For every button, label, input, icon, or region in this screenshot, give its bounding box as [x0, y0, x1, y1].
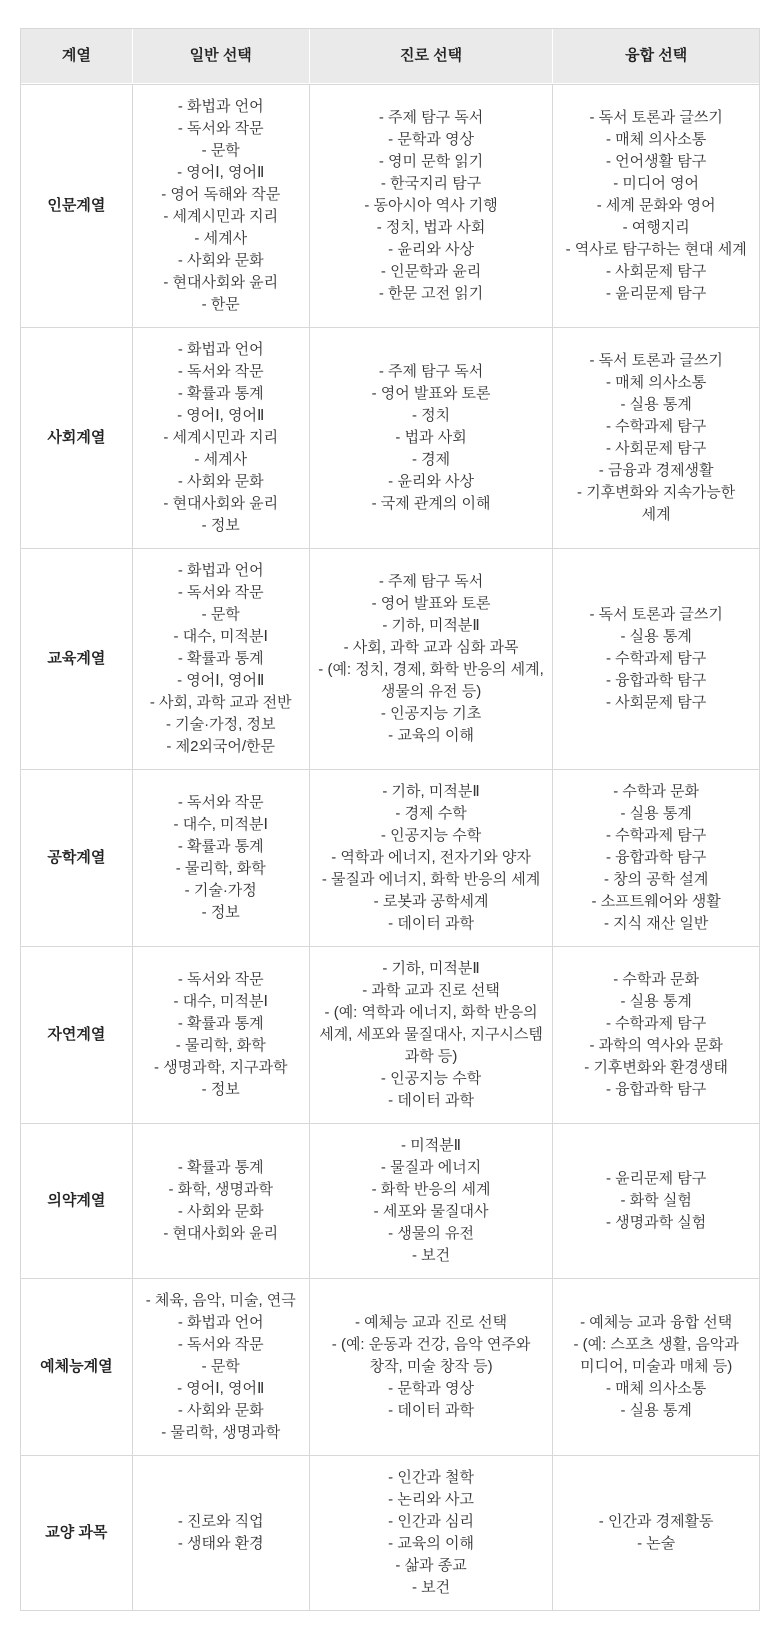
course-item: - 문학: [141, 1356, 301, 1378]
course-item: - 역사로 탐구하는 현대 세계: [561, 239, 751, 261]
course-item: - 동아시아 역사 기행: [318, 195, 545, 217]
course-item: - 윤리와 사상: [318, 471, 545, 493]
course-item: - 과학 교과 진로 선택: [318, 980, 545, 1002]
general-selection-cell: - 독서와 작문- 대수, 미적분Ⅰ- 확률과 통계- 물리학, 화학- 기술·…: [132, 769, 309, 946]
course-item: - 주제 탐구 독서: [318, 571, 545, 593]
course-item: - 영어Ⅰ, 영어Ⅱ: [141, 670, 301, 692]
course-item: - 로봇과 공학세계: [318, 891, 545, 913]
course-item: - 세계시민과 지리: [141, 427, 301, 449]
course-item: - 현대사회와 윤리: [141, 493, 301, 515]
general-selection-cell: - 독서와 작문- 대수, 미적분Ⅰ- 확률과 통계- 물리학, 화학- 생명과…: [132, 946, 309, 1123]
course-item: - 문학과 영상: [318, 1378, 545, 1400]
table-row: 예체능계열- 체육, 음악, 미술, 연극- 화법과 언어- 독서와 작문- 문…: [21, 1278, 759, 1455]
course-item: - 정치, 법과 사회: [318, 217, 545, 239]
course-item: - 데이터 과학: [318, 913, 545, 935]
course-item: - 역학과 에너지, 전자기와 양자: [318, 847, 545, 869]
course-item: - 영미 문학 읽기: [318, 151, 545, 173]
course-item: - 인간과 경제활동: [561, 1511, 751, 1533]
course-item: - 정치: [318, 405, 545, 427]
course-item: - 경제 수학: [318, 803, 545, 825]
career-selection-cell: - 예체능 교과 진로 선택- (예: 운동과 건강, 음악 연주와 창작, 미…: [309, 1278, 553, 1455]
course-item: - 진로와 직업: [141, 1511, 301, 1533]
course-item: - 미적분Ⅱ: [318, 1135, 545, 1157]
course-item: - 물리학, 화학: [141, 858, 301, 880]
track-cell: 예체능계열: [21, 1278, 132, 1455]
course-item: - 논리와 사고: [318, 1489, 545, 1511]
course-item: - 체육, 음악, 미술, 연극: [141, 1290, 301, 1312]
course-item: - 대수, 미적분Ⅰ: [141, 991, 301, 1013]
course-item: - 논술: [561, 1533, 751, 1555]
course-item: - 경제: [318, 449, 545, 471]
course-item: - 윤리문제 탐구: [561, 283, 751, 305]
table-row: 교양 과목- 진로와 직업- 생태와 환경- 인간과 철학- 논리와 사고- 인…: [21, 1455, 759, 1610]
table-row: 인문계열- 화법과 언어- 독서와 작문- 문학- 영어Ⅰ, 영어Ⅱ- 영어 독…: [21, 84, 759, 327]
general-selection-cell: - 화법과 언어- 독서와 작문- 확률과 통계- 영어Ⅰ, 영어Ⅱ- 세계시민…: [132, 327, 309, 548]
course-item: - 융합과학 탐구: [561, 670, 751, 692]
course-item: - 수학과 문화: [561, 969, 751, 991]
course-item: - 교육의 이해: [318, 725, 545, 747]
course-item: - 기후변화와 지속가능한 세계: [561, 482, 751, 526]
course-item: - 기술·가정: [141, 880, 301, 902]
course-item: - 언어생활 탐구: [561, 151, 751, 173]
general-selection-cell: - 진로와 직업- 생태와 환경: [132, 1455, 309, 1610]
course-item: - 실용 통계: [561, 803, 751, 825]
course-item: - 확률과 통계: [141, 1013, 301, 1035]
course-item: - 금융과 경제생활: [561, 460, 751, 482]
course-item: - (예: 정치, 경제, 화학 반응의 세계, 생물의 유전 등): [318, 659, 545, 703]
course-item: - 확률과 통계: [141, 1157, 301, 1179]
course-item: - 물리학, 화학: [141, 1035, 301, 1057]
course-item: - 정보: [141, 1079, 301, 1101]
course-item: - 대수, 미적분Ⅰ: [141, 814, 301, 836]
career-selection-cell: - 주제 탐구 독서- 영어 발표와 토론- 정치- 법과 사회- 경제- 윤리…: [309, 327, 553, 548]
fusion-selection-cell: - 인간과 경제활동- 논술: [552, 1455, 759, 1610]
header-fusion-selection: 융합 선택: [552, 29, 759, 84]
course-item: - 화학 실험: [561, 1190, 751, 1212]
course-item: - 화법과 언어: [141, 339, 301, 361]
course-item: - 독서와 작문: [141, 361, 301, 383]
fusion-selection-cell: - 독서 토론과 글쓰기- 매체 의사소통- 실용 통계- 수학과제 탐구- 사…: [552, 327, 759, 548]
course-item: - 데이터 과학: [318, 1400, 545, 1422]
course-selection-table: 계열 일반 선택 진로 선택 융합 선택 인문계열- 화법과 언어- 독서와 작…: [20, 28, 760, 1611]
course-item: - 한문 고전 읽기: [318, 283, 545, 305]
course-item: - 수학과제 탐구: [561, 825, 751, 847]
course-item: - 정보: [141, 902, 301, 924]
track-cell: 교양 과목: [21, 1455, 132, 1610]
course-item: - 사회, 과학 교과 전반: [141, 692, 301, 714]
career-selection-cell: - 기하, 미적분Ⅱ- 과학 교과 진로 선택- (예: 역학과 에너지, 화학…: [309, 946, 553, 1123]
course-item: - 사회와 문화: [141, 250, 301, 272]
course-item: - 독서 토론과 글쓰기: [561, 604, 751, 626]
course-item: - 영어 독해와 작문: [141, 184, 301, 206]
course-item: - 수학과제 탐구: [561, 1013, 751, 1035]
header-track: 계열: [21, 29, 132, 84]
fusion-selection-cell: - 수학과 문화- 실용 통계- 수학과제 탐구- 융합과학 탐구- 창의 공학…: [552, 769, 759, 946]
page: 계열 일반 선택 진로 선택 융합 선택 인문계열- 화법과 언어- 독서와 작…: [0, 0, 780, 1627]
course-item: - (예: 스포츠 생활, 음악과 미디어, 미술과 매체 등): [561, 1334, 751, 1378]
course-item: - 기하, 미적분Ⅱ: [318, 958, 545, 980]
course-item: - 수학과제 탐구: [561, 648, 751, 670]
course-item: - 실용 통계: [561, 394, 751, 416]
course-item: - 소프트웨어와 생활: [561, 891, 751, 913]
course-item: - 매체 의사소통: [561, 129, 751, 151]
general-selection-cell: - 체육, 음악, 미술, 연극- 화법과 언어- 독서와 작문- 문학- 영어…: [132, 1278, 309, 1455]
career-selection-cell: - 주제 탐구 독서- 영어 발표와 토론- 기하, 미적분Ⅱ- 사회, 과학 …: [309, 548, 553, 769]
course-item: - 보건: [318, 1245, 545, 1267]
table-row: 사회계열- 화법과 언어- 독서와 작문- 확률과 통계- 영어Ⅰ, 영어Ⅱ- …: [21, 327, 759, 548]
table-body: 인문계열- 화법과 언어- 독서와 작문- 문학- 영어Ⅰ, 영어Ⅱ- 영어 독…: [21, 84, 759, 1610]
course-item: - 화법과 언어: [141, 1312, 301, 1334]
table-row: 교육계열- 화법과 언어- 독서와 작문- 문학- 대수, 미적분Ⅰ- 확률과 …: [21, 548, 759, 769]
course-item: - 인공지능 기초: [318, 703, 545, 725]
course-item: - 한문: [141, 294, 301, 316]
table-row: 자연계열- 독서와 작문- 대수, 미적분Ⅰ- 확률과 통계- 물리학, 화학-…: [21, 946, 759, 1123]
course-item: - 인문학과 윤리: [318, 261, 545, 283]
course-item: - 독서와 작문: [141, 118, 301, 140]
course-item: - 사회와 문화: [141, 1201, 301, 1223]
header-row: 계열 일반 선택 진로 선택 융합 선택: [21, 29, 759, 84]
course-item: - 주제 탐구 독서: [318, 361, 545, 383]
course-item: - 인공지능 수학: [318, 825, 545, 847]
course-item: - 문학: [141, 604, 301, 626]
course-item: - 영어Ⅰ, 영어Ⅱ: [141, 1378, 301, 1400]
header-career-selection: 진로 선택: [309, 29, 553, 84]
course-item: - 정보: [141, 515, 301, 537]
course-item: - (예: 운동과 건강, 음악 연주와 창작, 미술 창작 등): [318, 1334, 545, 1378]
course-item: - 매체 의사소통: [561, 372, 751, 394]
course-item: - 예체능 교과 융합 선택: [561, 1312, 751, 1334]
course-item: - 데이터 과학: [318, 1090, 545, 1112]
table-row: 의약계열- 확률과 통계- 화학, 생명과학- 사회와 문화- 현대사회와 윤리…: [21, 1123, 759, 1278]
course-item: - 세포와 물질대사: [318, 1201, 545, 1223]
course-item: - 윤리와 사상: [318, 239, 545, 261]
course-item: - (예: 역학과 에너지, 화학 반응의 세계, 세포와 물질대사, 지구시스…: [318, 1002, 545, 1068]
general-selection-cell: - 화법과 언어- 독서와 작문- 문학- 영어Ⅰ, 영어Ⅱ- 영어 독해와 작…: [132, 84, 309, 327]
course-item: - 대수, 미적분Ⅰ: [141, 626, 301, 648]
course-item: - 물리학, 생명과학: [141, 1422, 301, 1444]
course-item: - 문학과 영상: [318, 129, 545, 151]
track-cell: 자연계열: [21, 946, 132, 1123]
course-item: - 영어Ⅰ, 영어Ⅱ: [141, 162, 301, 184]
course-item: - 사회와 문화: [141, 471, 301, 493]
course-item: - 주제 탐구 독서: [318, 107, 545, 129]
course-item: - 여행지리: [561, 217, 751, 239]
course-item: - 세계시민과 지리: [141, 206, 301, 228]
course-item: - 기하, 미적분Ⅱ: [318, 615, 545, 637]
course-item: - 교육의 이해: [318, 1533, 545, 1555]
course-item: - 수학과 문화: [561, 781, 751, 803]
course-item: - 창의 공학 설계: [561, 869, 751, 891]
course-item: - 지식 재산 일반: [561, 913, 751, 935]
course-item: - 사회문제 탐구: [561, 261, 751, 283]
career-selection-cell: - 미적분Ⅱ- 물질과 에너지- 화학 반응의 세계- 세포와 물질대사- 생물…: [309, 1123, 553, 1278]
course-item: - 제2외국어/한문: [141, 736, 301, 758]
track-cell: 교육계열: [21, 548, 132, 769]
general-selection-cell: - 확률과 통계- 화학, 생명과학- 사회와 문화- 현대사회와 윤리: [132, 1123, 309, 1278]
course-item: - 융합과학 탐구: [561, 847, 751, 869]
course-item: - 화법과 언어: [141, 560, 301, 582]
course-item: - 생명과학, 지구과학: [141, 1057, 301, 1079]
course-item: - 물질과 에너지, 화학 반응의 세계: [318, 869, 545, 891]
course-item: - 융합과학 탐구: [561, 1079, 751, 1101]
course-item: - 독서 토론과 글쓰기: [561, 350, 751, 372]
course-item: - 확률과 통계: [141, 836, 301, 858]
course-item: - 실용 통계: [561, 991, 751, 1013]
course-item: - 현대사회와 윤리: [141, 272, 301, 294]
course-item: - 윤리문제 탐구: [561, 1168, 751, 1190]
course-item: - 인간과 철학: [318, 1467, 545, 1489]
header-general-selection: 일반 선택: [132, 29, 309, 84]
career-selection-cell: - 주제 탐구 독서- 문학과 영상- 영미 문학 읽기- 한국지리 탐구- 동…: [309, 84, 553, 327]
course-item: - 예체능 교과 진로 선택: [318, 1312, 545, 1334]
course-item: - 생명과학 실험: [561, 1212, 751, 1234]
course-item: - 사회문제 탐구: [561, 438, 751, 460]
course-item: - 확률과 통계: [141, 648, 301, 670]
course-item: - 사회와 문화: [141, 1400, 301, 1422]
course-item: - 사회문제 탐구: [561, 692, 751, 714]
course-item: - 독서와 작문: [141, 969, 301, 991]
course-item: - 영어Ⅰ, 영어Ⅱ: [141, 405, 301, 427]
course-item: - 삶과 종교: [318, 1555, 545, 1577]
course-item: - 국제 관계의 이해: [318, 493, 545, 515]
course-item: - 생물의 유전: [318, 1223, 545, 1245]
course-item: - 독서와 작문: [141, 792, 301, 814]
fusion-selection-cell: - 예체능 교과 융합 선택- (예: 스포츠 생활, 음악과 미디어, 미술과…: [552, 1278, 759, 1455]
course-item: - 매체 의사소통: [561, 1378, 751, 1400]
course-item: - 과학의 역사와 문화: [561, 1035, 751, 1057]
course-item: - 한국지리 탐구: [318, 173, 545, 195]
fusion-selection-cell: - 독서 토론과 글쓰기- 매체 의사소통- 언어생활 탐구- 미디어 영어- …: [552, 84, 759, 327]
course-item: - 기하, 미적분Ⅱ: [318, 781, 545, 803]
course-item: - 실용 통계: [561, 1400, 751, 1422]
course-item: - 미디어 영어: [561, 173, 751, 195]
course-item: - 화학 반응의 세계: [318, 1179, 545, 1201]
career-selection-cell: - 기하, 미적분Ⅱ- 경제 수학- 인공지능 수학- 역학과 에너지, 전자기…: [309, 769, 553, 946]
track-cell: 공학계열: [21, 769, 132, 946]
course-item: - 영어 발표와 토론: [318, 593, 545, 615]
course-item: - 세계사: [141, 228, 301, 250]
fusion-selection-cell: - 독서 토론과 글쓰기- 실용 통계- 수학과제 탐구- 융합과학 탐구- 사…: [552, 548, 759, 769]
course-item: - 인간과 심리: [318, 1511, 545, 1533]
general-selection-cell: - 화법과 언어- 독서와 작문- 문학- 대수, 미적분Ⅰ- 확률과 통계- …: [132, 548, 309, 769]
course-item: - 인공지능 수학: [318, 1068, 545, 1090]
track-cell: 의약계열: [21, 1123, 132, 1278]
career-selection-cell: - 인간과 철학- 논리와 사고- 인간과 심리- 교육의 이해- 삶과 종교-…: [309, 1455, 553, 1610]
fusion-selection-cell: - 윤리문제 탐구- 화학 실험- 생명과학 실험: [552, 1123, 759, 1278]
course-item: - 영어 발표와 토론: [318, 383, 545, 405]
course-item: - 세계사: [141, 449, 301, 471]
course-item: - 확률과 통계: [141, 383, 301, 405]
course-item: - 기술·가정, 정보: [141, 714, 301, 736]
track-cell: 사회계열: [21, 327, 132, 548]
course-item: - 화학, 생명과학: [141, 1179, 301, 1201]
course-item: - 법과 사회: [318, 427, 545, 449]
course-item: - 기후변화와 환경생태: [561, 1057, 751, 1079]
course-item: - 독서 토론과 글쓰기: [561, 107, 751, 129]
course-item: - 현대사회와 윤리: [141, 1223, 301, 1245]
course-item: - 생태와 환경: [141, 1533, 301, 1555]
course-item: - 독서와 작문: [141, 1334, 301, 1356]
course-item: - 보건: [318, 1577, 545, 1599]
course-item: - 세계 문화와 영어: [561, 195, 751, 217]
course-item: - 화법과 언어: [141, 96, 301, 118]
track-cell: 인문계열: [21, 84, 132, 327]
fusion-selection-cell: - 수학과 문화- 실용 통계- 수학과제 탐구- 과학의 역사와 문화- 기후…: [552, 946, 759, 1123]
course-item: - 독서와 작문: [141, 582, 301, 604]
course-item: - 문학: [141, 140, 301, 162]
table-row: 공학계열- 독서와 작문- 대수, 미적분Ⅰ- 확률과 통계- 물리학, 화학-…: [21, 769, 759, 946]
course-item: - 수학과제 탐구: [561, 416, 751, 438]
course-item: - 실용 통계: [561, 626, 751, 648]
course-item: - 물질과 에너지: [318, 1157, 545, 1179]
course-item: - 사회, 과학 교과 심화 과목: [318, 637, 545, 659]
